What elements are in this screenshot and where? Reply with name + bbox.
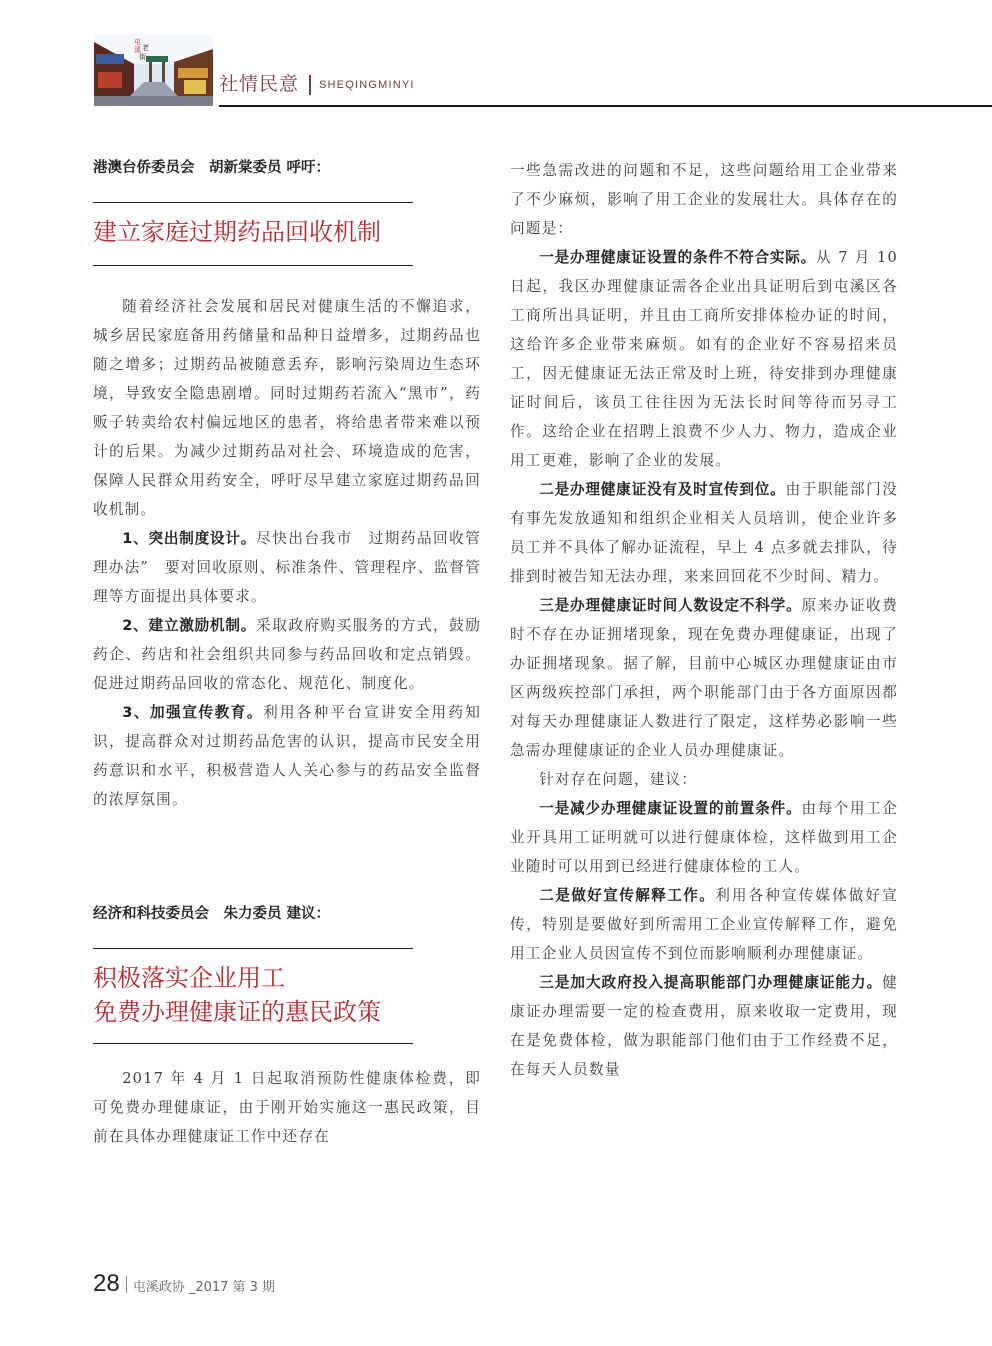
- svg-text:老: 老: [142, 43, 149, 52]
- suggestion-intro: 针对存在问题，建议：: [510, 765, 898, 794]
- suggestion-2: 二是做好宣传解释工作。利用各种宣传媒体做好宣传，特别是要做好到所需用工企业宣传解…: [510, 881, 898, 968]
- article-1-point-2: 2、建立激励机制。采取政府购买服务的方式，鼓励药企、药店和社会组织共同参与药品回…: [93, 611, 481, 698]
- section-divider: [309, 75, 311, 95]
- problem-3: 三是办理健康证时间人数设定不科学。原来办证收费时不存在办证拥堵现象，现在免费办理…: [510, 591, 898, 765]
- article-2-headline-line-1: 积极落实企业用工: [93, 961, 481, 995]
- problem-lead: 二是办理健康证没有及时宣传到位。: [539, 481, 785, 498]
- headline-rule-top: [93, 202, 413, 203]
- footer-divider: [126, 1276, 127, 1293]
- point-lead: 2、建立激励机制。: [122, 617, 256, 634]
- article-1-point-3: 3、加强宣传教育。利用各种平台宣讲安全用药知识，提高群众对过期药品危害的认识，提…: [93, 698, 481, 814]
- point-lead: 3、加强宣传教育。: [122, 704, 263, 721]
- article-2-headline-line-2: 免费办理健康证的惠民政策: [93, 995, 481, 1029]
- suggestion-3: 三是加大政府投入提高职能部门办理健康证能力。健康证办理需要一定的检查费用，原来收…: [510, 968, 898, 1084]
- problem-lead: 一是办理健康证设置的条件不符合实际。: [539, 249, 816, 266]
- page-footer: 28 屯溪政协 _2017 第 3 期: [93, 1270, 275, 1298]
- problem-1: 一是办理健康证设置的条件不符合实际。从 7 月 10 日起，我区办理健康证需各企…: [510, 243, 898, 475]
- page-number: 28: [93, 1270, 120, 1298]
- point-lead: 1、突出制度设计。: [122, 530, 256, 547]
- section-pinyin: SHEQINGMINYI: [319, 79, 415, 91]
- suggestion-lead: 三是加大政府投入提高职能部门办理健康证能力。: [539, 974, 882, 991]
- header-street-photo: 屯 溪 老 街: [94, 34, 213, 106]
- article-1-byline: 港澳台侨委员会 胡新棠委员 呼吁：: [93, 158, 481, 178]
- problem-text: 原来办证收费时不存在办证拥堵现象，现在免费办理健康证，出现了办证拥堵现象。据了解…: [510, 597, 898, 759]
- article-2-intro: 2017 年 4 月 1 日起取消预防性健康体检费，即可免费办理健康证，由于刚开…: [93, 1064, 481, 1151]
- headline-rule-bottom: [93, 265, 413, 266]
- headline-rule-bottom: [93, 1043, 413, 1044]
- right-column: 一些急需改进的问题和不足，这些问题给用工企业带来了不少麻烦，影响了用工企业的发展…: [510, 156, 898, 1084]
- problem-text: 从 7 月 10 日起，我区办理健康证需各企业出具证明后到屯溪区各工商所出具证明…: [510, 249, 898, 469]
- svg-text:街: 街: [139, 52, 146, 61]
- header-rule: [219, 105, 992, 107]
- article-1: 港澳台侨委员会 胡新棠委员 呼吁： 建立家庭过期药品回收机制 随着经济社会发展和…: [93, 158, 481, 814]
- suggestion-1: 一是减少办理健康证设置的前置条件。由每个用工企业开具用工证明就可以进行健康体检，…: [510, 794, 898, 881]
- article-1-intro: 随着经济社会发展和居民对健康生活的不懈追求，城乡居民家庭备用药储量和品种日益增多…: [93, 292, 481, 524]
- section-name: 社情民意: [219, 72, 299, 96]
- suggestion-lead: 二是做好宣传解释工作。: [539, 887, 715, 904]
- problem-2: 二是办理健康证没有及时宣传到位。由于职能部门没有事先发放通知和组织企业相关人员培…: [510, 475, 898, 591]
- article-2-byline: 经济和科技委员会 朱力委员 建议：: [93, 904, 481, 924]
- publication-issue: 屯溪政协 _2017 第 3 期: [133, 1276, 275, 1295]
- svg-text:屯: 屯: [134, 37, 141, 46]
- suggestion-lead: 一是减少办理健康证设置的前置条件。: [539, 800, 801, 817]
- headline-rule-top: [93, 948, 413, 949]
- article-1-point-1: 1、突出制度设计。尽快出台我市 过期药品回收管理办法” 要对回收原则、标准条件、…: [93, 524, 481, 611]
- article-1-headline: 建立家庭过期药品回收机制: [93, 215, 481, 249]
- problem-lead: 三是办理健康证时间人数设定不科学。: [539, 597, 801, 614]
- article-2-start: 经济和科技委员会 朱力委员 建议： 积极落实企业用工 免费办理健康证的惠民政策 …: [93, 904, 481, 1151]
- article-2-intro-continued: 一些急需改进的问题和不足，这些问题给用工企业带来了不少麻烦，影响了用工企业的发展…: [510, 156, 898, 243]
- left-column: 港澳台侨委员会 胡新棠委员 呼吁： 建立家庭过期药品回收机制 随着经济社会发展和…: [93, 158, 481, 1151]
